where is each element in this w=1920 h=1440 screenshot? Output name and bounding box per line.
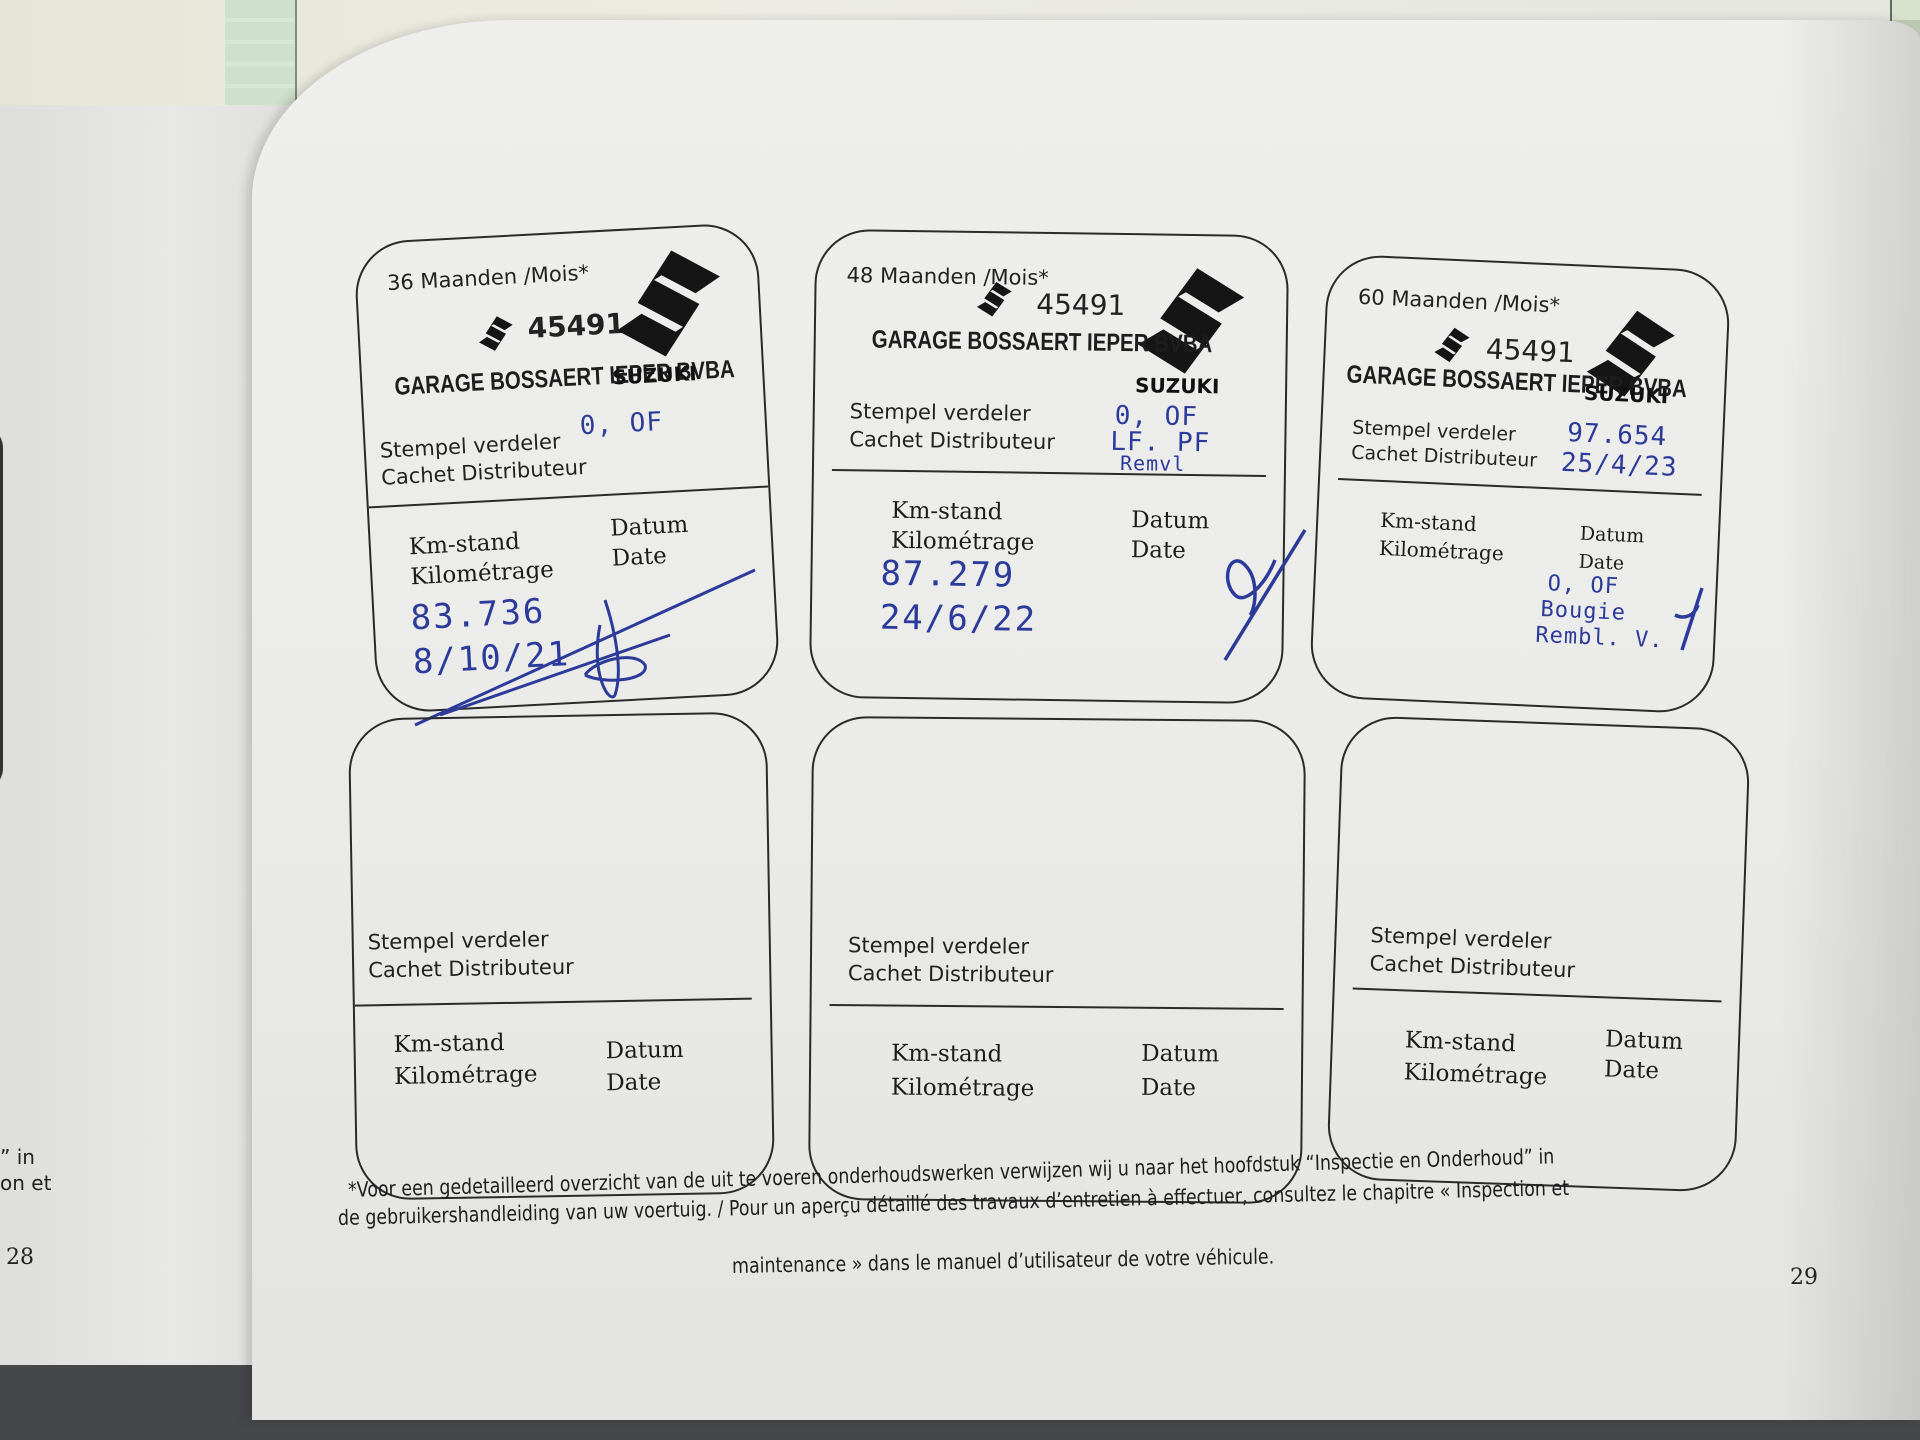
brand-name: SUZUKI (1584, 381, 1669, 409)
service-box-empty-1: Stempel verdeler Cachet Distributeur Km-… (348, 711, 775, 1200)
dealer-number: 45491 (1485, 332, 1575, 369)
divider (830, 1004, 1284, 1010)
brand-name: SUZUKI (1135, 373, 1220, 398)
suzuki-logo-large-icon (1135, 265, 1247, 377)
stamp-label-fr: Cachet Distributeur (1369, 951, 1575, 982)
signature-48-months (1205, 525, 1315, 665)
km-label-fr: Kilométrage (891, 1075, 1035, 1102)
date-note-line3: Rembl. V. (1535, 623, 1664, 654)
service-box-empty-2: Stempel verdeler Cachet Distributeur Km-… (808, 716, 1306, 1204)
stamp-label-fr: Cachet Distributeur (368, 955, 574, 983)
stamp-label-nl: Stempel verdeler (848, 933, 1029, 959)
date-label-nl: Datum (1141, 1041, 1219, 1068)
interval-label: 48 Maanden /Mois* (846, 263, 1048, 290)
stamp-label-fr: Cachet Distributeur (849, 427, 1055, 454)
date-note-line1: O, OF (1547, 571, 1619, 599)
suzuki-logo-small-icon (976, 281, 1012, 317)
date-label-fr: Date (1131, 537, 1186, 564)
date-label-nl: Datum (1579, 523, 1644, 548)
box-edge-fragment (0, 425, 3, 791)
km-label-fr: Kilométrage (891, 528, 1035, 556)
divider (369, 485, 769, 508)
km-label-nl: Km-stand (891, 498, 1002, 526)
page-number-left: 28 (6, 1245, 34, 1270)
signature-36-months (410, 555, 770, 735)
divider (832, 469, 1266, 477)
stamp-label-nl: Stempel verdeler (1370, 923, 1552, 953)
divider (355, 998, 752, 1007)
signature-60-months (1670, 585, 1710, 655)
stamp-label-nl: Stempel verdeler (850, 399, 1031, 426)
handwritten-note: 0, OF (579, 407, 664, 441)
km-label-nl: Km-stand (1380, 508, 1478, 536)
date-label-nl: Datum (610, 512, 689, 542)
km-label-nl: Km-stand (891, 1041, 1002, 1068)
date-label-nl: Datum (1605, 1026, 1684, 1055)
stamp-label-nl: Stempel verdeler (1352, 417, 1517, 446)
garage-name: GARAGE BOSSAERT IEPER BVBA (872, 326, 1213, 360)
date-label-nl: Datum (1131, 507, 1209, 534)
page-number-right: 29 (1790, 1265, 1818, 1290)
left-page-text-fragment: ” in (0, 1145, 35, 1169)
suzuki-logo-large-icon (611, 246, 727, 362)
divider (1353, 988, 1722, 1003)
date-label-fr: Date (1578, 551, 1624, 575)
service-box-60-months: 60 Maanden /Mois* 45491 GARAGE BOSSAERT … (1309, 253, 1732, 714)
stamp-label-fr: Cachet Distributeur (1351, 442, 1538, 472)
dealer-number: 45491 (527, 307, 626, 345)
date-label-fr: Date (606, 1069, 661, 1096)
handwritten-date-note: 25/4/23 (1560, 448, 1678, 483)
km-label-fr: Kilométrage (1403, 1059, 1547, 1090)
date-note-line2: Bougie (1540, 597, 1626, 626)
suzuki-logo-small-icon (477, 315, 515, 353)
km-label-fr: Kilométrage (1379, 536, 1505, 565)
handwritten-km-note: 97.654 (1567, 418, 1668, 452)
stamp-label-fr: Cachet Distributeur (848, 961, 1054, 987)
km-label-nl: Km-stand (1404, 1027, 1516, 1057)
service-box-empty-3: Stempel verdeler Cachet Distributeur Km-… (1326, 715, 1751, 1193)
interval-label: 36 Maanden /Mois* (386, 261, 589, 296)
km-label-nl: Km-stand (393, 1030, 504, 1058)
date-value: 24/6/22 (880, 598, 1038, 640)
interval-label: 60 Maanden /Mois* (1357, 285, 1560, 318)
date-label-fr: Date (1604, 1056, 1660, 1084)
km-value: 87.279 (880, 554, 1015, 596)
left-page-text-fragment: on et (0, 1171, 51, 1195)
brand-name: SUZUKI (612, 361, 697, 389)
date-label-nl: Datum (605, 1037, 683, 1064)
suzuki-logo-small-icon (1433, 326, 1471, 364)
date-label-fr: Date (1141, 1075, 1196, 1101)
dealer-number: 45491 (1036, 288, 1126, 322)
stamp-label-nl: Stempel verdeler (368, 927, 549, 954)
km-label-fr: Kilométrage (394, 1061, 538, 1089)
